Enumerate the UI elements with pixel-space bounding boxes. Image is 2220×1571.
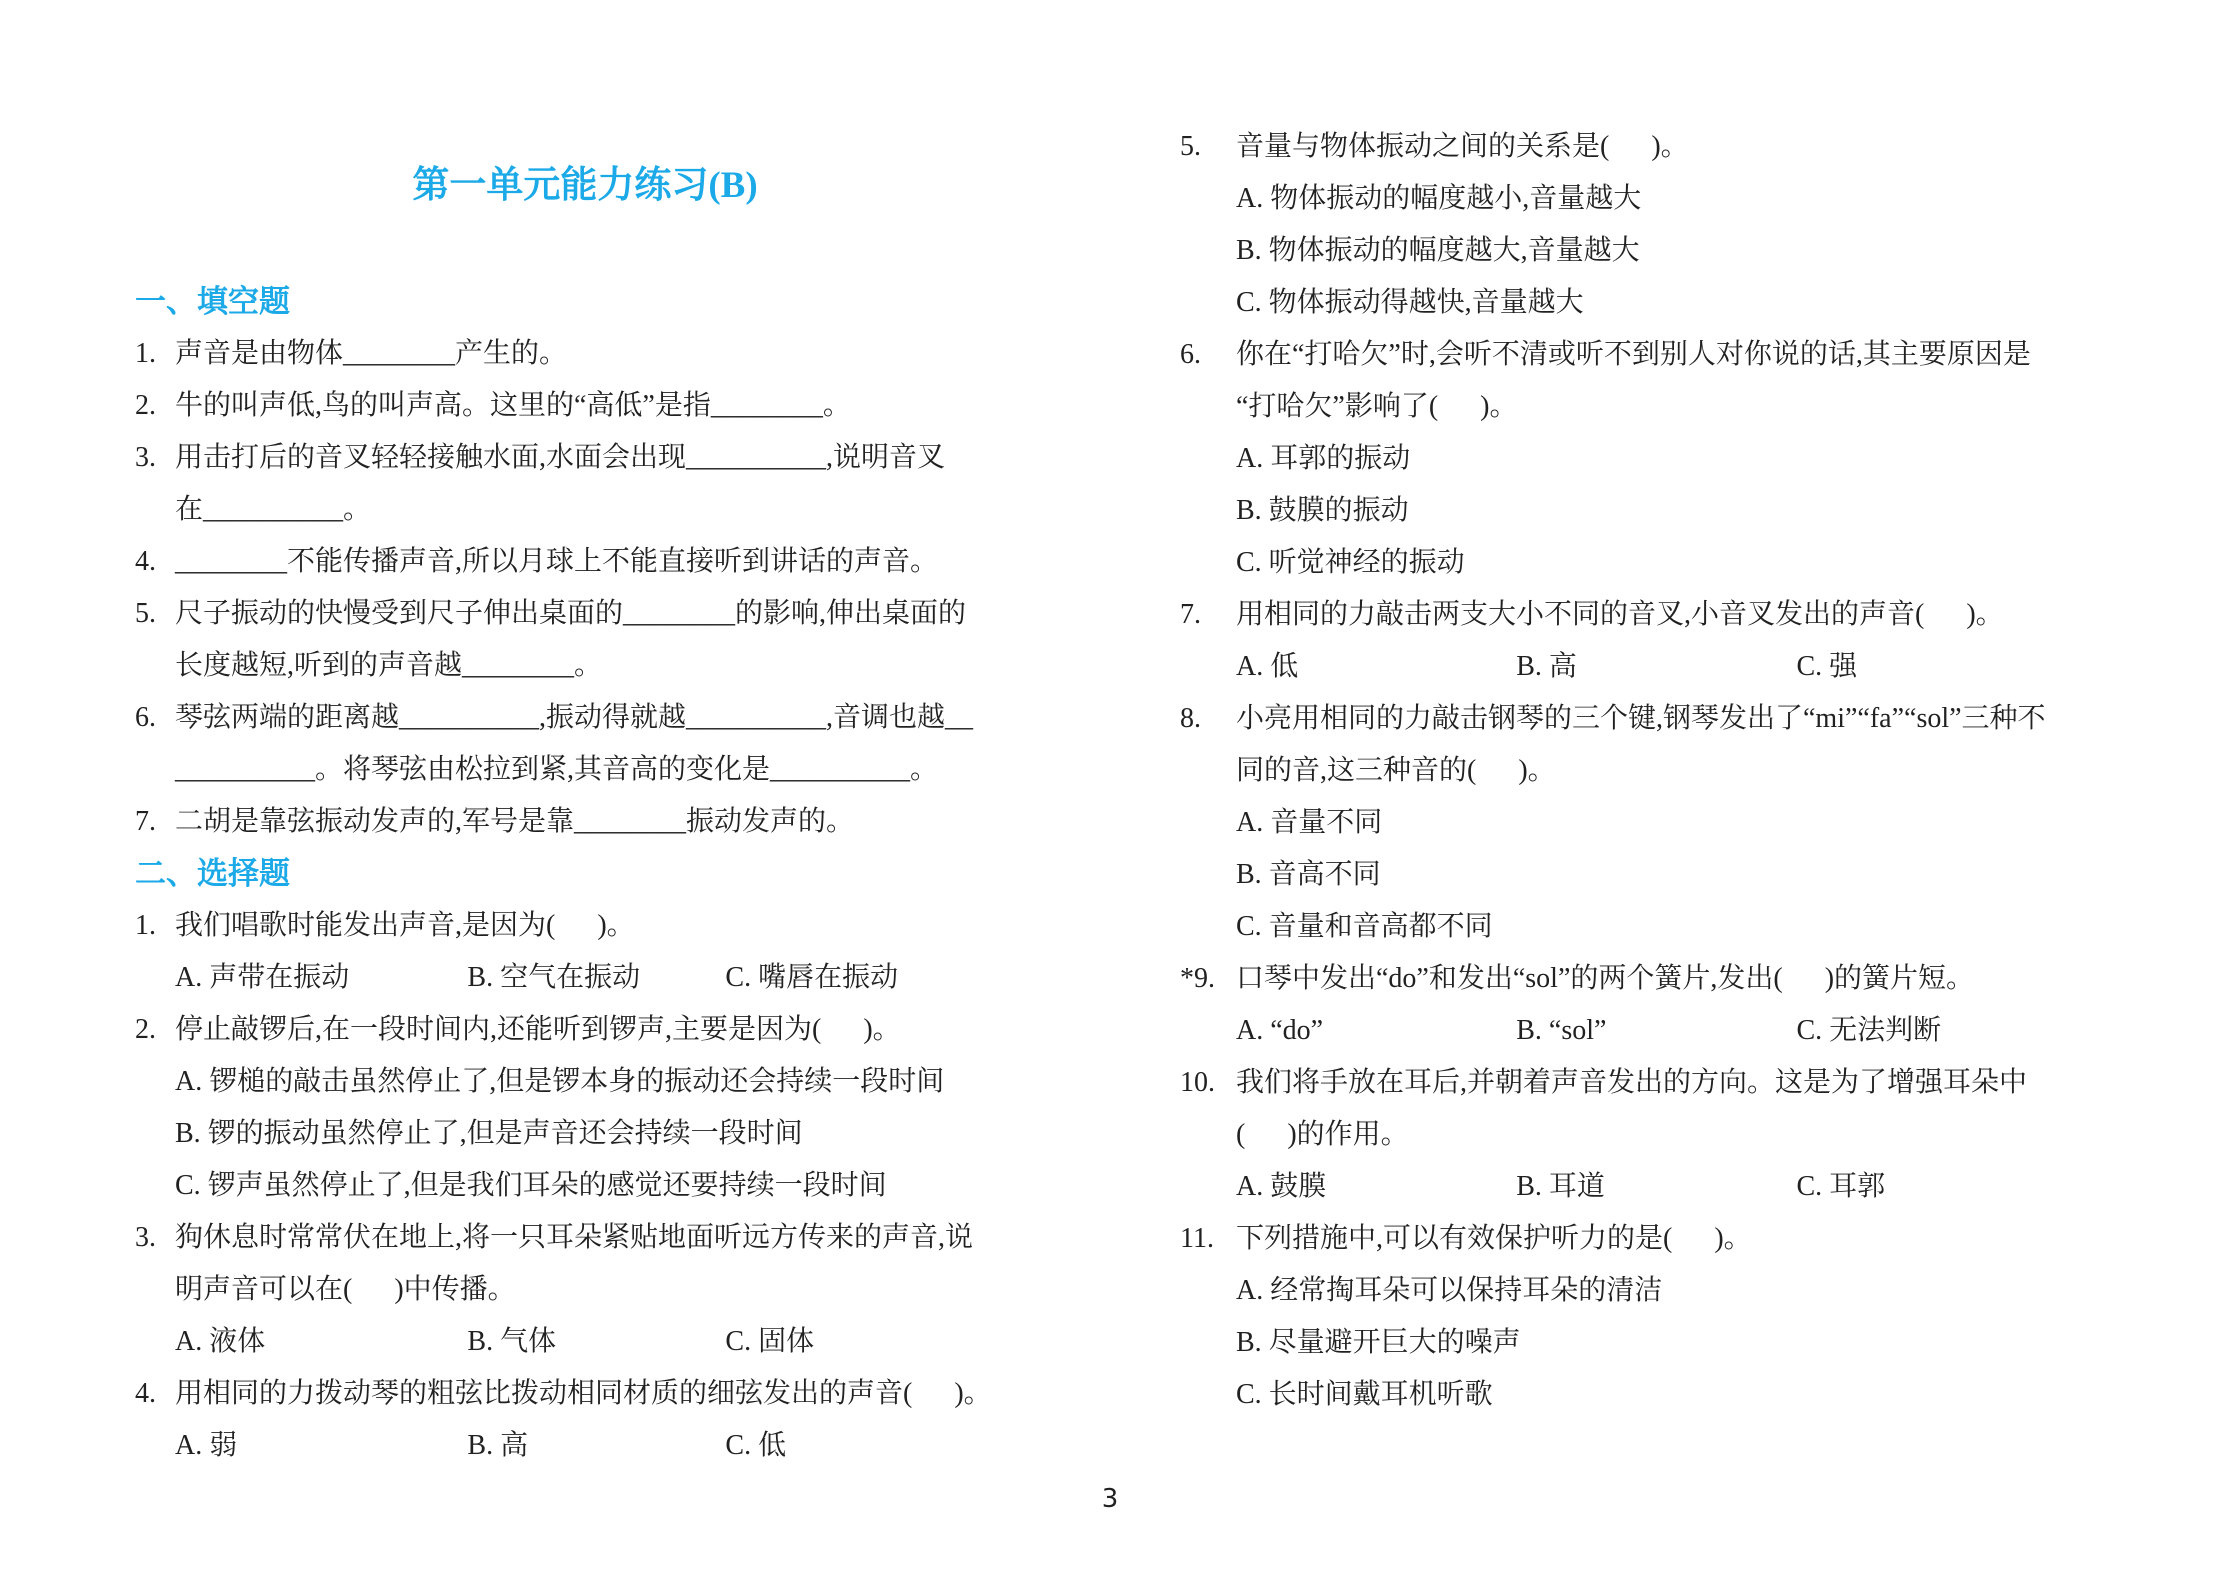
question-number: 4. (135, 1368, 163, 1420)
question-line: 你在“打哈欠”时,会听不清或听不到别人对你说的话,其主要原因是 (1236, 329, 2140, 381)
option-b: B. 空气在振动 (467, 952, 725, 1004)
question-line: 音量与物体振动之间的关系是( )。 (1236, 121, 2140, 173)
question-number: 6. (1180, 329, 1208, 381)
question-number: 1. (135, 900, 163, 952)
option-b: B. 高 (1516, 641, 1796, 693)
choice-question-11: 11. 下列措施中,可以有效保护听力的是( )。 A. 经常掏耳朵可以保持耳朵的… (1180, 1213, 2140, 1421)
question-line: 长度越短,听到的声音越________。 (175, 640, 1035, 692)
page-title: 第一单元能力练习(B) (135, 160, 1035, 212)
question-line: 同的音,这三种音的( )。 (1236, 745, 2140, 797)
question-line: “打哈欠”影响了( )。 (1236, 381, 2140, 433)
question-number: 7. (1180, 589, 1208, 641)
option-c: C. 嘴唇在振动 (725, 952, 1035, 1004)
choice-question-10: 10. 我们将手放在耳后,并朝着声音发出的方向。这是为了增强耳朵中 ( )的作用… (1180, 1057, 2140, 1213)
question-line: 明声音可以在( )中传播。 (175, 1264, 1035, 1316)
choice-question-6: 6. 你在“打哈欠”时,会听不清或听不到别人对你说的话,其主要原因是 “打哈欠”… (1180, 329, 2140, 589)
option-c: C. 长时间戴耳机听歌 (1236, 1369, 2140, 1421)
question-number: 3. (135, 1212, 163, 1264)
worksheet-page: 第一单元能力练习(B) 一、填空题 1. 声音是由物体________产生的。 … (0, 0, 2220, 1571)
question-line: 小亮用相同的力敲击钢琴的三个键,钢琴发出了“mi”“fa”“sol”三种不 (1236, 693, 2140, 745)
option-b: B. 尽量避开巨大的噪声 (1236, 1317, 2140, 1369)
choice-question-5: 5. 音量与物体振动之间的关系是( )。 A. 物体振动的幅度越小,音量越大 B… (1180, 121, 2140, 329)
question-number: 2. (135, 1004, 163, 1056)
question-number: 11. (1180, 1213, 1221, 1265)
option-c: C. 强 (1796, 641, 2140, 693)
choice-question-2: 2. 停止敲锣后,在一段时间内,还能听到锣声,主要是因为( )。 A. 锣槌的敲… (135, 1004, 1035, 1212)
question-line: 我们将手放在耳后,并朝着声音发出的方向。这是为了增强耳朵中 (1236, 1057, 2140, 1109)
choice-question-7: 7. 用相同的力敲击两支大小不同的音叉,小音叉发出的声音( )。 A. 低 B.… (1180, 589, 2140, 693)
question-line: 停止敲锣后,在一段时间内,还能听到锣声,主要是因为( )。 (175, 1004, 1035, 1056)
choice-question-3: 3. 狗休息时常常伏在地上,将一只耳朵紧贴地面听远方传来的声音,说 明声音可以在… (135, 1212, 1035, 1368)
question-line: 声音是由物体________产生的。 (175, 328, 1035, 380)
fill-question-6: 6. 琴弦两端的距离越__________,振动得就越__________,音调… (135, 692, 1035, 796)
question-line: 在__________。 (175, 484, 1035, 536)
option-b: B. 锣的振动虽然停止了,但是声音还会持续一段时间 (175, 1108, 1035, 1160)
option-b: B. 物体振动的幅度越大,音量越大 (1236, 225, 2140, 277)
choice-question-8: 8. 小亮用相同的力敲击钢琴的三个键,钢琴发出了“mi”“fa”“sol”三种不… (1180, 693, 2140, 953)
question-line: 琴弦两端的距离越__________,振动得就越__________,音调也越_… (175, 692, 1035, 744)
section-heading-fill: 一、填空题 (135, 276, 1035, 328)
option-b: B. 气体 (467, 1316, 725, 1368)
question-line: 用相同的力拨动琴的粗弦比拨动相同材质的细弦发出的声音( )。 (175, 1368, 1035, 1420)
question-number: 3. (135, 432, 163, 484)
option-a: A. 低 (1236, 641, 1516, 693)
page-number: 3 (0, 1484, 2220, 1514)
question-line: 狗休息时常常伏在地上,将一只耳朵紧贴地面听远方传来的声音,说 (175, 1212, 1035, 1264)
fill-question-4: 4. ________不能传播声音,所以月球上不能直接听到讲话的声音。 (135, 536, 1035, 588)
fill-question-5: 5. 尺子振动的快慢受到尺子伸出桌面的________的影响,伸出桌面的 长度越… (135, 588, 1035, 692)
option-c: C. 耳郭 (1796, 1161, 2140, 1213)
fill-question-3: 3. 用击打后的音叉轻轻接触水面,水面会出现__________,说明音叉 在_… (135, 432, 1035, 536)
fill-question-7: 7. 二胡是靠弦振动发声的,军号是靠________振动发声的。 (135, 796, 1035, 848)
fill-question-1: 1. 声音是由物体________产生的。 (135, 328, 1035, 380)
choice-question-1: 1. 我们唱歌时能发出声音,是因为( )。 A. 声带在振动 B. 空气在振动 … (135, 900, 1035, 1004)
question-line: ( )的作用。 (1236, 1109, 2140, 1161)
options-row: A. 鼓膜 B. 耳道 C. 耳郭 (1236, 1161, 2140, 1213)
question-number: 8. (1180, 693, 1208, 745)
question-number: 6. (135, 692, 163, 744)
option-c: C. 无法判断 (1796, 1005, 2140, 1057)
question-line: 口琴中发出“do”和发出“sol”的两个簧片,发出( )的簧片短。 (1236, 953, 2140, 1005)
question-line: 尺子振动的快慢受到尺子伸出桌面的________的影响,伸出桌面的 (175, 588, 1035, 640)
option-b: B. 耳道 (1516, 1161, 1796, 1213)
option-a: A. 经常掏耳朵可以保持耳朵的清洁 (1236, 1265, 2140, 1317)
question-number: 5. (1180, 121, 1208, 173)
question-number: 2. (135, 380, 163, 432)
question-line: __________。将琴弦由松拉到紧,其音高的变化是__________。 (175, 744, 1035, 796)
question-line: 用相同的力敲击两支大小不同的音叉,小音叉发出的声音( )。 (1236, 589, 2140, 641)
question-line: 用击打后的音叉轻轻接触水面,水面会出现__________,说明音叉 (175, 432, 1035, 484)
options-row: A. “do” B. “sol” C. 无法判断 (1236, 1005, 2140, 1057)
option-b: B. 音高不同 (1236, 849, 2140, 901)
choice-question-9: *9. 口琴中发出“do”和发出“sol”的两个簧片,发出( )的簧片短。 A.… (1180, 953, 2140, 1057)
left-column: 第一单元能力练习(B) 一、填空题 1. 声音是由物体________产生的。 … (135, 160, 1035, 1472)
question-line: 二胡是靠弦振动发声的,军号是靠________振动发声的。 (175, 796, 1035, 848)
option-a: A. 鼓膜 (1236, 1161, 1516, 1213)
question-line: ________不能传播声音,所以月球上不能直接听到讲话的声音。 (175, 536, 1035, 588)
option-c: C. 听觉神经的振动 (1236, 537, 2140, 589)
option-b: B. 高 (467, 1420, 725, 1472)
option-a: A. 液体 (175, 1316, 467, 1368)
right-column: 5. 音量与物体振动之间的关系是( )。 A. 物体振动的幅度越小,音量越大 B… (1180, 121, 2140, 1421)
option-b: B. “sol” (1516, 1005, 1796, 1057)
question-line: 我们唱歌时能发出声音,是因为( )。 (175, 900, 1035, 952)
question-number: *9. (1180, 953, 1222, 1005)
options-row: A. 声带在振动 B. 空气在振动 C. 嘴唇在振动 (175, 952, 1035, 1004)
option-a: A. 物体振动的幅度越小,音量越大 (1236, 173, 2140, 225)
question-number: 5. (135, 588, 163, 640)
option-a: A. “do” (1236, 1005, 1516, 1057)
fill-question-2: 2. 牛的叫声低,鸟的叫声高。这里的“高低”是指________。 (135, 380, 1035, 432)
option-a: A. 声带在振动 (175, 952, 467, 1004)
option-b: B. 鼓膜的振动 (1236, 485, 2140, 537)
option-a: A. 音量不同 (1236, 797, 2140, 849)
option-a: A. 耳郭的振动 (1236, 433, 2140, 485)
option-a: A. 锣槌的敲击虽然停止了,但是锣本身的振动还会持续一段时间 (175, 1056, 1035, 1108)
options-row: A. 液体 B. 气体 C. 固体 (175, 1316, 1035, 1368)
question-number: 1. (135, 328, 163, 380)
section-heading-choice: 二、选择题 (135, 848, 1035, 900)
question-number: 10. (1180, 1057, 1222, 1109)
option-c: C. 锣声虽然停止了,但是我们耳朵的感觉还要持续一段时间 (175, 1160, 1035, 1212)
option-c: C. 固体 (725, 1316, 1035, 1368)
question-number: 4. (135, 536, 163, 588)
option-c: C. 物体振动得越快,音量越大 (1236, 277, 2140, 329)
question-number: 7. (135, 796, 163, 848)
options-row: A. 低 B. 高 C. 强 (1236, 641, 2140, 693)
option-c: C. 音量和音高都不同 (1236, 901, 2140, 953)
option-a: A. 弱 (175, 1420, 467, 1472)
question-line: 牛的叫声低,鸟的叫声高。这里的“高低”是指________。 (175, 380, 1035, 432)
options-row: A. 弱 B. 高 C. 低 (175, 1420, 1035, 1472)
choice-question-4: 4. 用相同的力拨动琴的粗弦比拨动相同材质的细弦发出的声音( )。 A. 弱 B… (135, 1368, 1035, 1472)
question-line: 下列措施中,可以有效保护听力的是( )。 (1236, 1213, 2140, 1265)
option-c: C. 低 (725, 1420, 1035, 1472)
